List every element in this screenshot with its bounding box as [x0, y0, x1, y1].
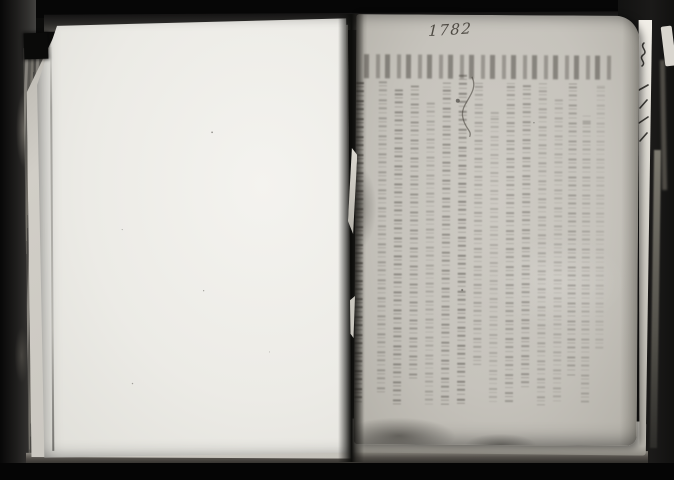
bleedthrough-column	[409, 82, 419, 378]
bleedthrough-column	[567, 83, 577, 375]
right-page: 1782	[354, 14, 640, 446]
ink-flourish-mark	[446, 73, 486, 141]
bleedthrough-column	[505, 83, 515, 405]
bottom-black-band	[0, 463, 674, 480]
bleedthrough-column	[489, 111, 499, 405]
bleedthrough-column	[537, 83, 547, 405]
handwritten-year: 1782	[428, 19, 473, 40]
bleedthrough-column	[425, 103, 435, 405]
blank-left-page	[37, 17, 352, 459]
bleedthrough-column	[553, 99, 563, 405]
bleedthrough-column	[377, 78, 387, 392]
bleedthrough-band	[364, 54, 611, 80]
bleedthrough-column	[393, 86, 403, 404]
paper-specks	[37, 17, 352, 459]
bleedthrough-text-area	[354, 14, 640, 446]
bleedthrough-column	[521, 85, 531, 387]
gutter-shadow	[338, 14, 364, 462]
bleedthrough-column	[581, 116, 591, 406]
bleedthrough-column	[595, 84, 605, 350]
register-photo-scan: 1782	[0, 0, 674, 480]
black-corner-tab	[24, 33, 49, 60]
